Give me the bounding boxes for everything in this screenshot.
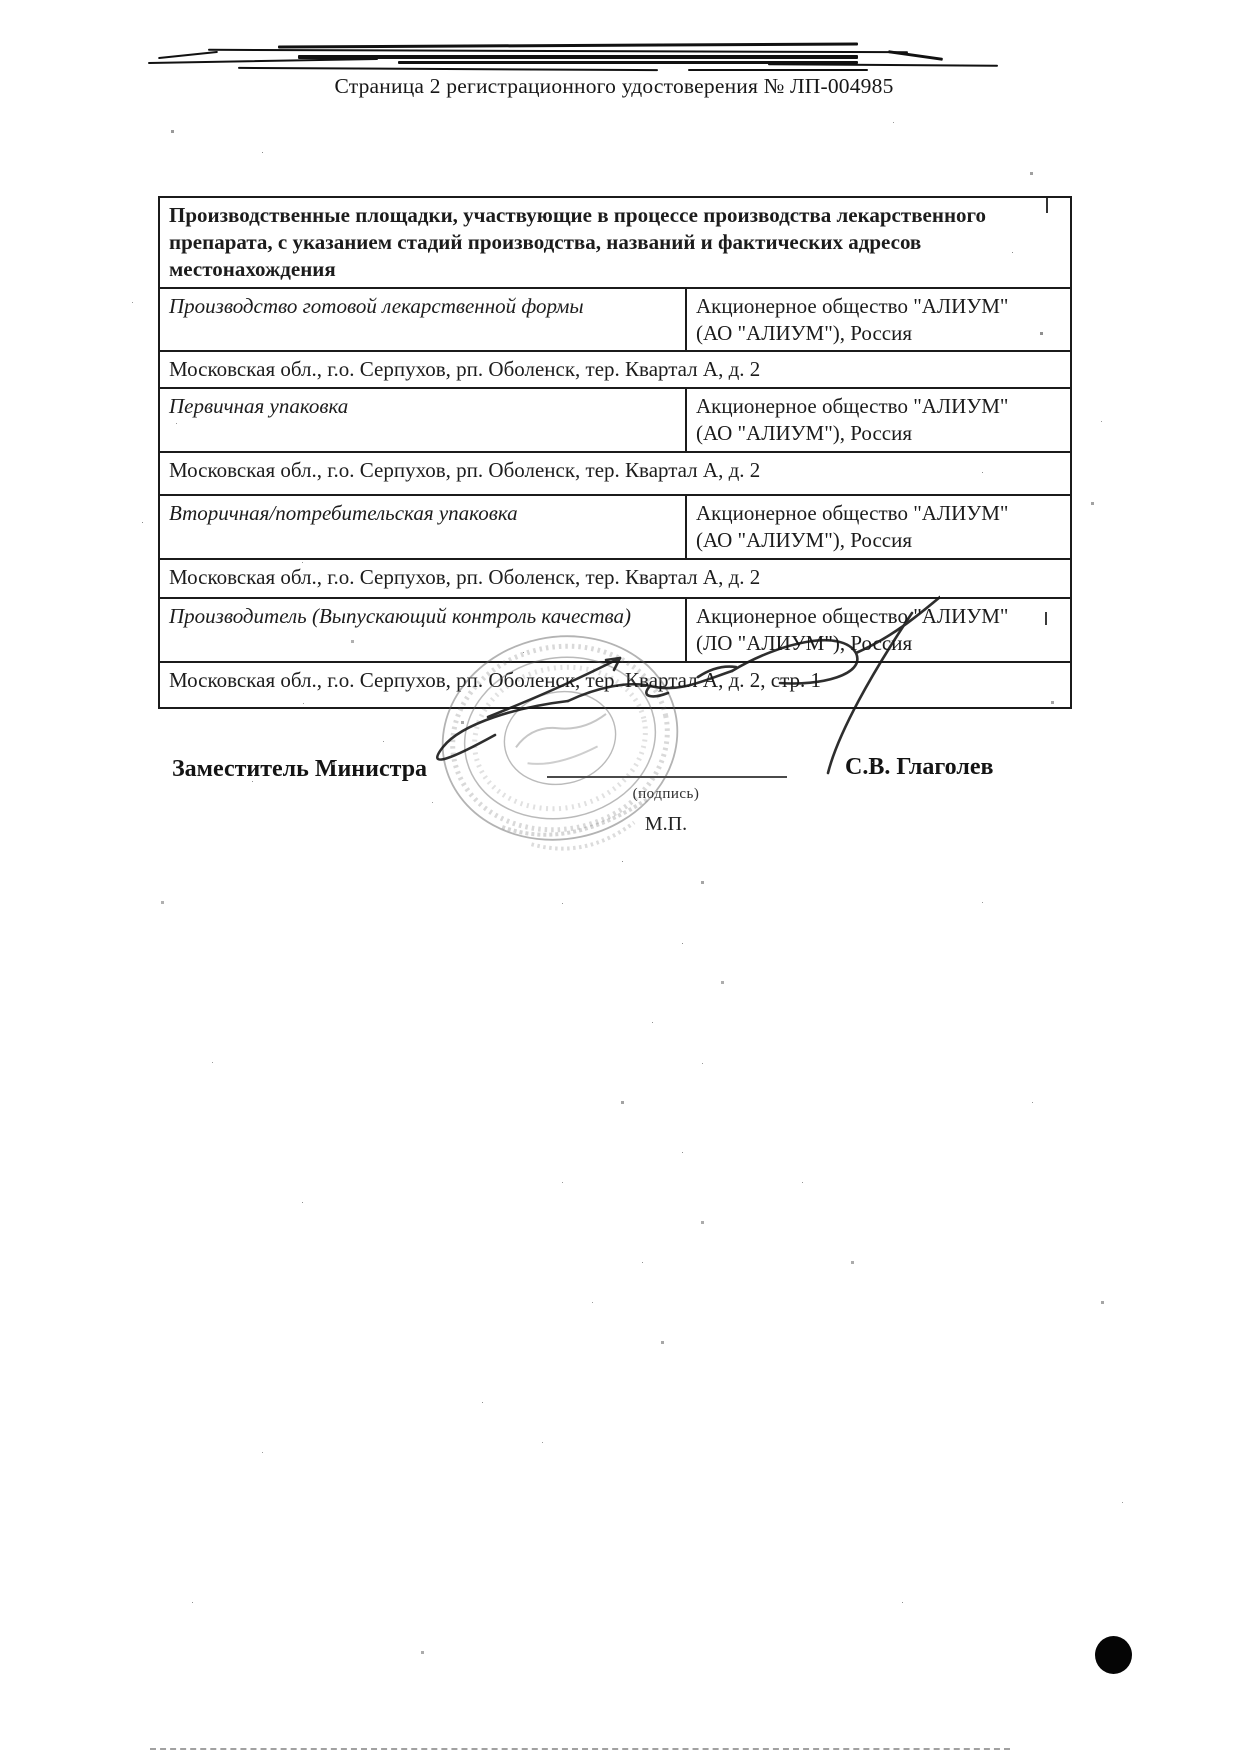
stage-cell-primary-packaging: Первичная упаковка <box>159 388 686 452</box>
signature-line <box>547 776 787 778</box>
address-cell: Московская обл., г.о. Серпухов, рп. Обол… <box>159 351 1071 388</box>
signatory-name: С.В. Глаголев <box>845 754 993 781</box>
scan-noise-bottom-line <box>150 1748 1010 1750</box>
signature-caption: (подпись) <box>586 786 746 803</box>
scan-noise-band <box>148 42 938 78</box>
scan-speckle-noise <box>0 0 1 1</box>
stamp-place-mark: М.П. <box>600 813 732 836</box>
punch-hole-dot <box>1095 1636 1132 1674</box>
table-title: Производственные площадки, участвующие в… <box>159 197 1071 288</box>
stage-cell-secondary-packaging: Вторичная/потребительская упаковка <box>159 495 686 559</box>
signatory-position-label: Заместитель Министра <box>172 756 427 783</box>
scan-tick-mark <box>1045 612 1047 625</box>
page-header: Страница 2 регистрационного удостоверени… <box>158 74 1070 99</box>
company-cell: Акционерное общество "АЛИУМ" (АО "АЛИУМ"… <box>686 388 1071 452</box>
company-cell: Акционерное общество "АЛИУМ" (АО "АЛИУМ"… <box>686 288 1071 352</box>
document-page: Страница 2 регистрационного удостоверени… <box>0 0 1233 1760</box>
scan-tick-mark <box>1046 198 1048 213</box>
company-cell: Акционерное общество "АЛИУМ" (АО "АЛИУМ"… <box>686 495 1071 559</box>
address-cell: Московская обл., г.о. Серпухов, рп. Обол… <box>159 452 1071 495</box>
stage-cell-finished-form: Производство готовой лекарственной формы <box>159 288 686 352</box>
